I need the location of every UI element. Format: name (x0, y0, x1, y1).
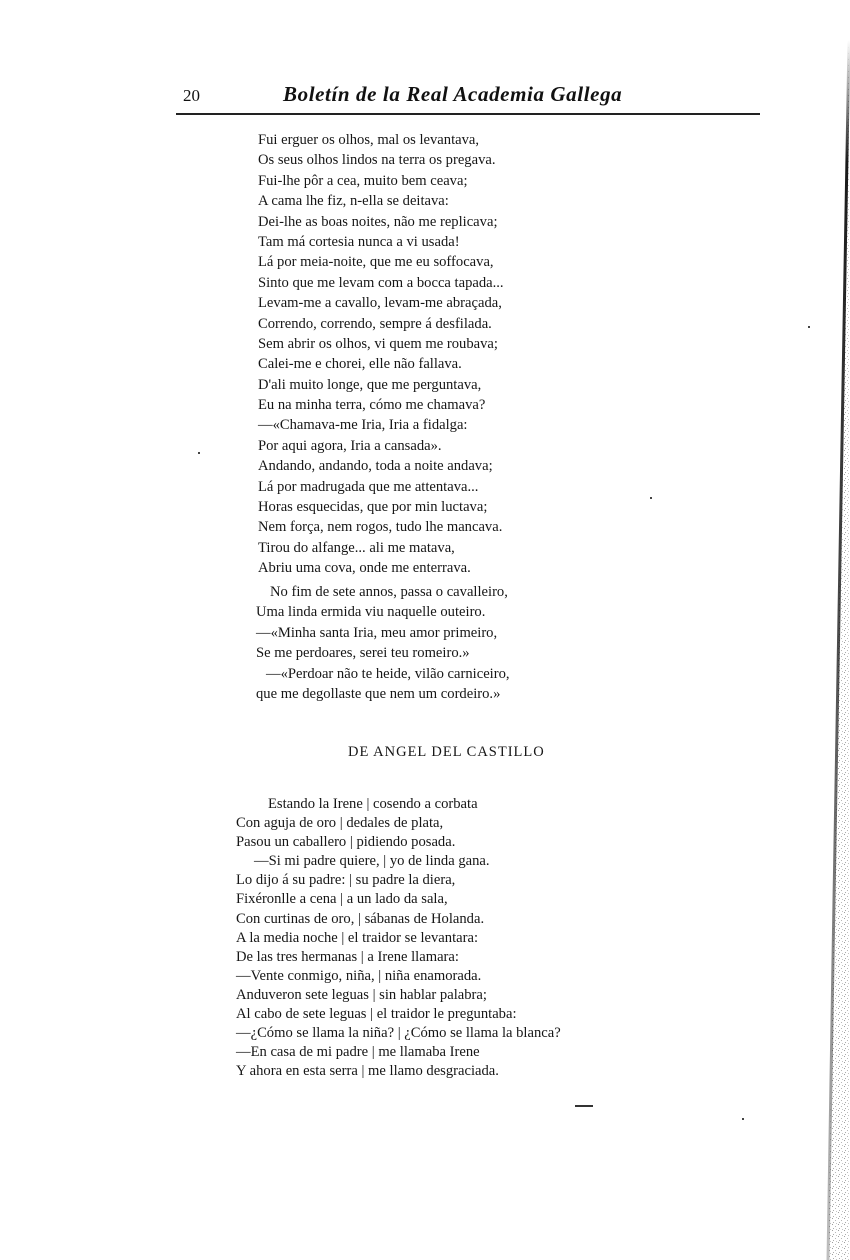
page-number: 20 (183, 86, 200, 106)
page-edge-shadow (808, 0, 850, 1260)
poem-b-stanza: No fim de sete annos, passa o cavalleiro… (256, 582, 510, 704)
verse-line: Tirou do alfange... ali me matava, (258, 538, 504, 558)
verse-line: Por aqui agora, Iria a cansada». (258, 436, 504, 456)
verse-line: —En casa de mi padre | me llamaba Irene (236, 1043, 561, 1062)
verse-line: —Vente conmigo, niña, | niña enamorada. (236, 967, 561, 986)
verse-line: Pasou un caballero | pidiendo posada. (236, 833, 561, 852)
verse-line: A cama lhe fiz, n-ella se deitava: (258, 191, 504, 211)
verse-line: A la media noche | el traidor se levanta… (236, 929, 561, 948)
verse-line: —«Chamava-me Iria, Iria a fidalga: (258, 415, 504, 435)
verse-line: Sem abrir os olhos, vi quem me roubava; (258, 334, 504, 354)
verse-line: —Si mi padre quiere, | yo de linda gana. (236, 852, 561, 871)
verse-line: Levam-me a cavallo, levam-me abraçada, (258, 293, 504, 313)
scan-speck (650, 497, 652, 499)
verse-line: Fui erguer os olhos, mal os levantava, (258, 130, 504, 150)
verse-line: Horas esquecidas, que por min luctava; (258, 497, 504, 517)
poem-a-stanza: Fui erguer os olhos, mal os levantava, O… (258, 130, 504, 579)
verse-line: Uma linda ermida viu naquelle outeiro. (256, 602, 510, 622)
verse-line: —¿Cómo se llama la niña? | ¿Cómo se llam… (236, 1024, 561, 1043)
verse-line: Lá por madrugada que me attentava... (258, 477, 504, 497)
verse-line: Andando, andando, toda a noite andava; (258, 456, 504, 476)
poem-c-stanza: Estando la Irene | cosendo a corbata Con… (236, 795, 561, 1081)
header-rule (176, 113, 760, 115)
verse-line: Con aguja de oro | dedales de plata, (236, 814, 561, 833)
verse-line: Fui-lhe pôr a cea, muito bem ceava; (258, 171, 504, 191)
verse-line: Fixéronlle a cena | a un lado da sala, (236, 890, 561, 909)
journal-title: Boletín de la Real Academia Gallega (283, 82, 622, 107)
verse-line: D'ali muito longe, que me perguntava, (258, 375, 504, 395)
verse-line: Dei-lhe as boas noites, não me replicava… (258, 212, 504, 232)
verse-line: Abriu uma cova, onde me enterrava. (258, 558, 504, 578)
verse-line: Os seus olhos lindos na terra os pregava… (258, 150, 504, 170)
verse-line: Estando la Irene | cosendo a corbata (236, 795, 561, 814)
verse-line: que me degollaste que nem um cordeiro.» (256, 684, 510, 704)
verse-line: Y ahora en esta serra | me llamo desgrac… (236, 1062, 561, 1081)
scan-speck (742, 1118, 744, 1120)
scan-speck (198, 452, 200, 454)
verse-line: Se me perdoares, serei teu romeiro.» (256, 643, 510, 663)
section-heading: DE ANGEL DEL CASTILLO (348, 744, 545, 761)
running-header: 20 Boletín de la Real Academia Gallega (183, 82, 763, 112)
verse-line: Tam má cortesia nunca a vi usada! (258, 232, 504, 252)
verse-line: Nem força, nem rogos, tudo lhe mancava. (258, 517, 504, 537)
verse-line: Lo dijo á su padre: | su padre la diera, (236, 871, 561, 890)
verse-line: No fim de sete annos, passa o cavalleiro… (256, 582, 510, 602)
scanned-page: 20 Boletín de la Real Academia Gallega F… (0, 0, 850, 1260)
verse-line: —«Minha santa Iria, meu amor primeiro, (256, 623, 510, 643)
verse-line: De las tres hermanas | a Irene llamara: (236, 948, 561, 967)
verse-line: Calei-me e chorei, elle não fallava. (258, 354, 504, 374)
verse-line: Eu na minha terra, cómo me chamava? (258, 395, 504, 415)
verse-line: —«Perdoar não te heide, vilão carniceiro… (256, 664, 510, 684)
trailing-dash-mark (575, 1105, 593, 1107)
verse-line: Sinto que me levam com a bocca tapada... (258, 273, 504, 293)
verse-line: Con curtinas de oro, | sábanas de Holand… (236, 910, 561, 929)
verse-line: Anduveron sete leguas | sin hablar palab… (236, 986, 561, 1005)
verse-line: Al cabo de sete leguas | el traidor le p… (236, 1005, 561, 1024)
verse-line: Correndo, correndo, sempre á desfilada. (258, 314, 504, 334)
verse-line: Lá por meia-noite, que me eu soffocava, (258, 252, 504, 272)
scan-speck (808, 326, 810, 328)
